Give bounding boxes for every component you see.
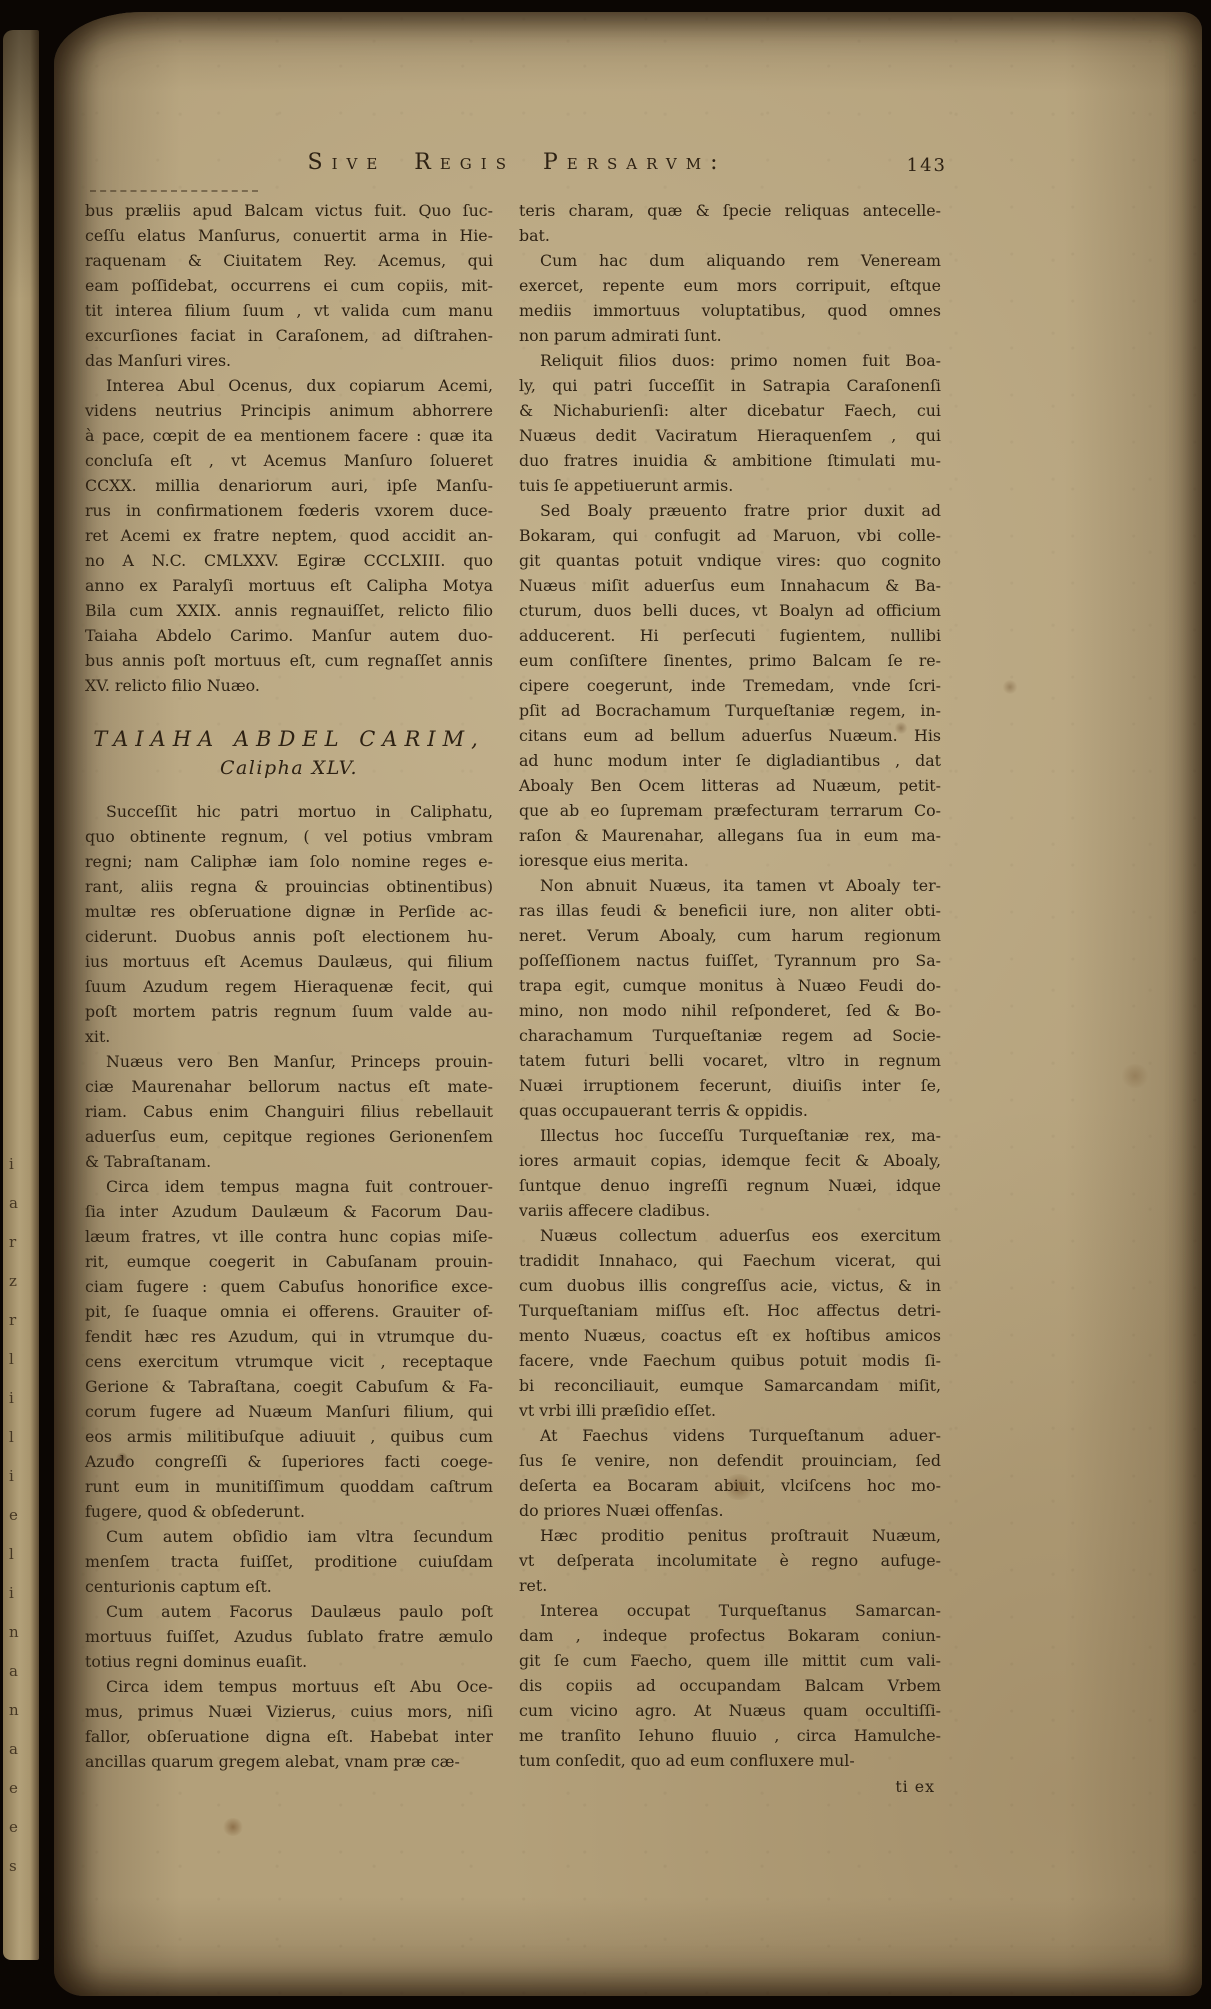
left-column: bus præliis apud Balcam victus fuit. Quo… [85, 198, 493, 1799]
paragraph: Interea occupat Turqueſtanus Samarcan-da… [519, 1598, 941, 1773]
previous-page-edge: iarzrlilielinanaees [3, 30, 39, 1960]
paragraph: Succeſſit hic patri mortuo in Caliphatu,… [85, 799, 493, 1049]
book-page: Sive Regis Persarvm: 143 bus præliis apu… [54, 12, 1202, 1996]
paragraph: Illectus hoc ſucceſſu Turqueſtaniæ rex, … [519, 1123, 941, 1223]
paragraph: Cum autem obſidio iam vltra ſecundummenſ… [85, 1524, 493, 1599]
running-header-title: Sive Regis Persarvm: [85, 148, 949, 178]
stain [1120, 1064, 1150, 1088]
section-heading: TAIAHA ABDEL CARIM, Calipha XLV. [85, 724, 493, 782]
page-edge-letter-fragments: iarzrlilielinanaees [9, 1145, 33, 1886]
paragraph: At Faechus videns Turqueſtanum aduer-ſus… [519, 1423, 941, 1523]
text-block: Sive Regis Persarvm: 143 bus præliis apu… [85, 148, 949, 1799]
right-column: teris charam, quæ & ſpecie reliquas ante… [519, 198, 941, 1799]
paragraph: Circa idem tempus mortuus eſt Abu Oce-mu… [85, 1674, 493, 1774]
section-heading-title: TAIAHA ABDEL CARIM, [85, 724, 493, 754]
section-heading-subtitle: Calipha XLV. [85, 754, 493, 782]
paragraph: Non abnuit Nuæus, ita tamen vt Aboaly te… [519, 873, 941, 1123]
paragraph: Reliquit filios duos: primo nomen fuit B… [519, 348, 941, 498]
stain [222, 1818, 244, 1836]
paragraph: Hæc proditio penitus proſtrauit Nuæum,vt… [519, 1523, 941, 1598]
paragraph: Interea Abul Ocenus, dux copiarum Acemi,… [85, 373, 493, 698]
stain [1002, 680, 1018, 694]
paragraph: bus præliis apud Balcam victus fuit. Quo… [85, 198, 493, 373]
paragraph: Nuæus vero Ben Manſur, Princeps prouin-c… [85, 1049, 493, 1174]
page-number: 143 [907, 151, 947, 181]
scan-background: { "colors": { "paper": "#b3a07a", "ink":… [0, 0, 1211, 2009]
paragraph: Cum hac dum aliquando rem Venereamexerce… [519, 248, 941, 348]
paragraph: teris charam, quæ & ſpecie reliquas ante… [519, 198, 941, 248]
paragraph: Cum autem Facorus Daulæus paulo poſtmort… [85, 1599, 493, 1674]
catchword: ti ex [519, 1774, 941, 1799]
paragraph: Nuæus collectum aduerſus eos exercitumtr… [519, 1223, 941, 1423]
paragraph: Circa idem tempus magna fuit controuer-ſ… [85, 1174, 493, 1524]
text-columns: bus præliis apud Balcam victus fuit. Quo… [85, 198, 949, 1799]
paragraph: Sed Boaly præuento fratre prior duxit ad… [519, 498, 941, 873]
running-header: Sive Regis Persarvm: 143 [85, 148, 949, 178]
